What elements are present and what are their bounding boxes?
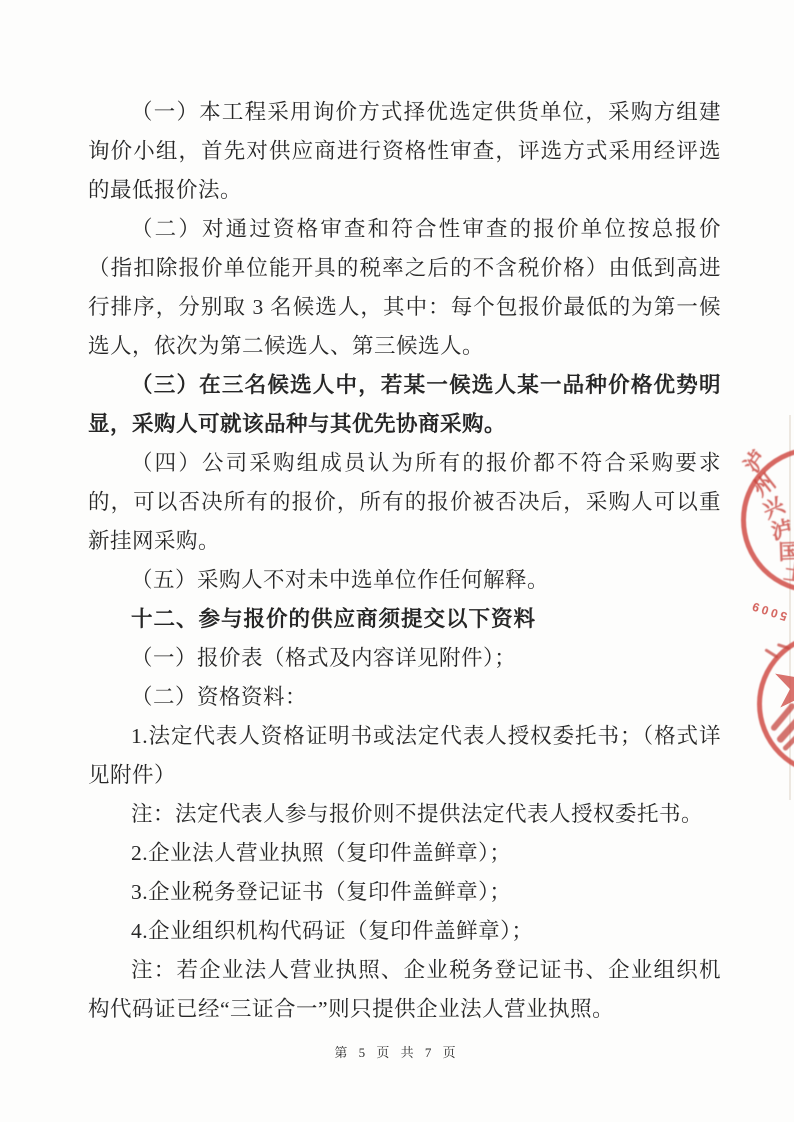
scanned-document-page: （一）本工程采用询价方式择优选定供货单位，采购方组建询价小组，首先对供应商进行资… bbox=[0, 0, 794, 1122]
item-legal-rep-certificate: 1.法定代表人资格证明书或法定代表人授权委托书；（格式详见附件） bbox=[88, 717, 721, 795]
note-three-in-one: 注：若企业法人营业执照、企业税务登记证书、企业组织机构代码证已经“三证合一”则只… bbox=[88, 951, 721, 1029]
seal-character: 土 bbox=[780, 560, 794, 587]
page-number-footer: 第 5 页 共 7 页 bbox=[0, 1042, 794, 1061]
paragraph-inquiry-method: （一）本工程采用询价方式择优选定供货单位，采购方组建询价小组，首先对供应商进行资… bbox=[88, 93, 721, 210]
item-qualification-docs: （二）资格资料： bbox=[88, 678, 721, 717]
seal-character: 州 bbox=[748, 469, 782, 503]
seal-ink-stroke bbox=[776, 711, 794, 744]
note-legal-rep: 注：法定代表人参与报价则不提供法定代表人授权委托书。 bbox=[88, 795, 721, 834]
item-tax-registration: 3.企业税务登记证书（复印件盖鲜章）； bbox=[88, 873, 721, 912]
seal-serial-number: 5009 bbox=[748, 598, 789, 623]
section-heading-12: 十二、参与报价的供应商须提交以下资料 bbox=[88, 600, 721, 639]
paper-edge-line bbox=[789, 415, 791, 800]
document-body: （一）本工程采用询价方式择优选定供货单位，采购方组建询价小组，首先对供应商进行资… bbox=[88, 93, 721, 1029]
item-organization-code: 4.企业组织机构代码证（复印件盖鲜章）； bbox=[88, 912, 721, 951]
seal-character: 兴 bbox=[758, 493, 790, 525]
seal-ink-stroke bbox=[764, 648, 778, 658]
seal-character: 国 bbox=[777, 541, 794, 566]
seal-character: 泸 bbox=[739, 445, 772, 478]
item-quotation-form: （一）报价表（格式及内容详见附件）； bbox=[88, 639, 721, 678]
paragraph-price-advantage: （三）在三名候选人中，若某一候选人某一品种价格优势明显，采购人可就该品种与其优先… bbox=[88, 366, 721, 444]
item-business-license: 2.企业法人营业执照（复印件盖鲜章）； bbox=[88, 834, 721, 873]
seal-ring-icon bbox=[741, 447, 794, 593]
seal-ink-stroke bbox=[782, 725, 794, 751]
paragraph-ranking-rule: （二）对通过资格审查和符合性审查的报价单位按总报价（指扣除报价单位能开具的税率之… bbox=[88, 210, 721, 366]
paragraph-no-explanation: （五）采购人不对未中选单位作任何解释。 bbox=[88, 561, 721, 600]
paragraph-rejection-rule: （四）公司采购组成员认为所有的报价都不符合采购要求的，可以否决所有的报价，所有的… bbox=[88, 444, 721, 561]
